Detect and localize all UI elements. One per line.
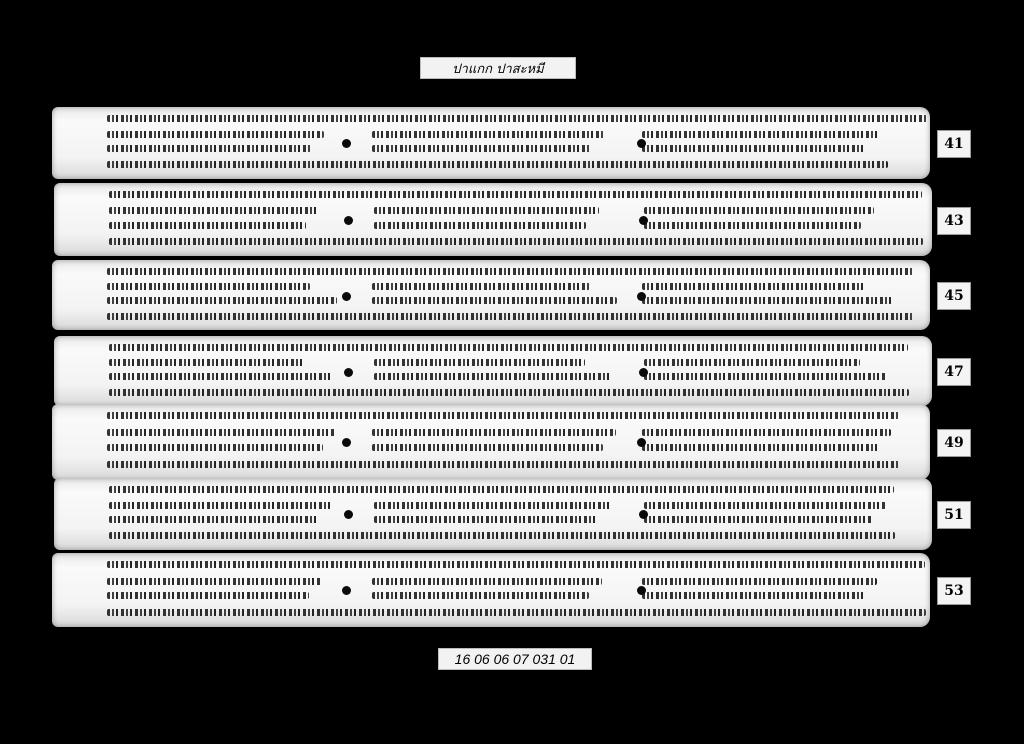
palm-leaf-47 (54, 336, 932, 406)
page-number-label: 41 (937, 130, 971, 158)
script-line (644, 207, 874, 214)
script-line (642, 297, 892, 304)
script-line (372, 444, 603, 451)
string-hole (344, 216, 353, 225)
script-line (644, 222, 861, 229)
page-number-label: 43 (937, 207, 971, 235)
string-hole (342, 586, 351, 595)
string-hole (637, 292, 646, 301)
script-line (109, 389, 909, 396)
script-line (644, 373, 887, 380)
script-line (107, 412, 899, 419)
string-hole (637, 438, 646, 447)
script-line (374, 516, 598, 523)
script-line (642, 145, 866, 152)
script-line (372, 429, 616, 436)
script-line (107, 131, 324, 138)
palm-leaf-51 (54, 478, 932, 550)
script-line (109, 486, 894, 493)
script-line (107, 145, 311, 152)
script-line (642, 283, 865, 290)
string-hole (637, 139, 646, 148)
script-line (372, 131, 604, 138)
script-line (107, 268, 913, 275)
script-line (107, 161, 888, 168)
palm-leaf-49 (52, 404, 930, 480)
script-line (109, 359, 305, 366)
script-line (642, 429, 891, 436)
string-hole (342, 292, 351, 301)
script-line (644, 359, 860, 366)
script-line (107, 283, 310, 290)
palm-leaf-43 (54, 183, 932, 256)
script-line (107, 561, 925, 568)
script-line (109, 207, 319, 214)
string-hole (342, 139, 351, 148)
script-line (372, 592, 589, 599)
catalog-code-label: 16 06 06 07 031 01 (438, 648, 592, 670)
string-hole (344, 510, 353, 519)
string-hole (637, 586, 646, 595)
script-line (107, 115, 927, 122)
script-line (107, 313, 914, 320)
page-number-label: 47 (937, 358, 971, 386)
script-line (642, 578, 877, 585)
script-line (107, 578, 322, 585)
script-line (374, 373, 612, 380)
script-line (109, 344, 908, 351)
script-line (372, 283, 590, 290)
script-line (374, 222, 586, 229)
palm-leaf-53 (52, 553, 930, 627)
page-number-label: 51 (937, 501, 971, 529)
page-number-label: 45 (937, 282, 971, 310)
script-line (642, 592, 864, 599)
script-line (107, 444, 323, 451)
script-line (107, 297, 337, 304)
script-line (372, 145, 591, 152)
string-hole (342, 438, 351, 447)
palm-leaf-45 (52, 260, 930, 330)
string-hole (639, 216, 648, 225)
page-number-label: 49 (937, 429, 971, 457)
script-line (374, 359, 585, 366)
script-line (109, 532, 895, 539)
script-line (372, 578, 602, 585)
string-hole (639, 510, 648, 519)
page-number-label: 53 (937, 577, 971, 605)
script-line (109, 238, 923, 245)
script-line (374, 207, 599, 214)
script-line (372, 297, 617, 304)
script-line (642, 131, 879, 138)
script-line (374, 502, 611, 509)
script-line (109, 502, 331, 509)
palm-leaf-41 (52, 107, 930, 179)
string-hole (344, 368, 353, 377)
script-line (107, 592, 309, 599)
script-line (109, 191, 922, 198)
script-line (107, 609, 926, 616)
script-line (109, 516, 318, 523)
script-line (107, 461, 900, 468)
string-hole (639, 368, 648, 377)
script-line (109, 373, 332, 380)
script-line (644, 516, 873, 523)
script-line (109, 222, 306, 229)
script-line (644, 502, 886, 509)
script-line (107, 429, 336, 436)
script-line (642, 444, 878, 451)
manuscript-title-label: ปาแกก ปาสะหมี (420, 57, 576, 79)
